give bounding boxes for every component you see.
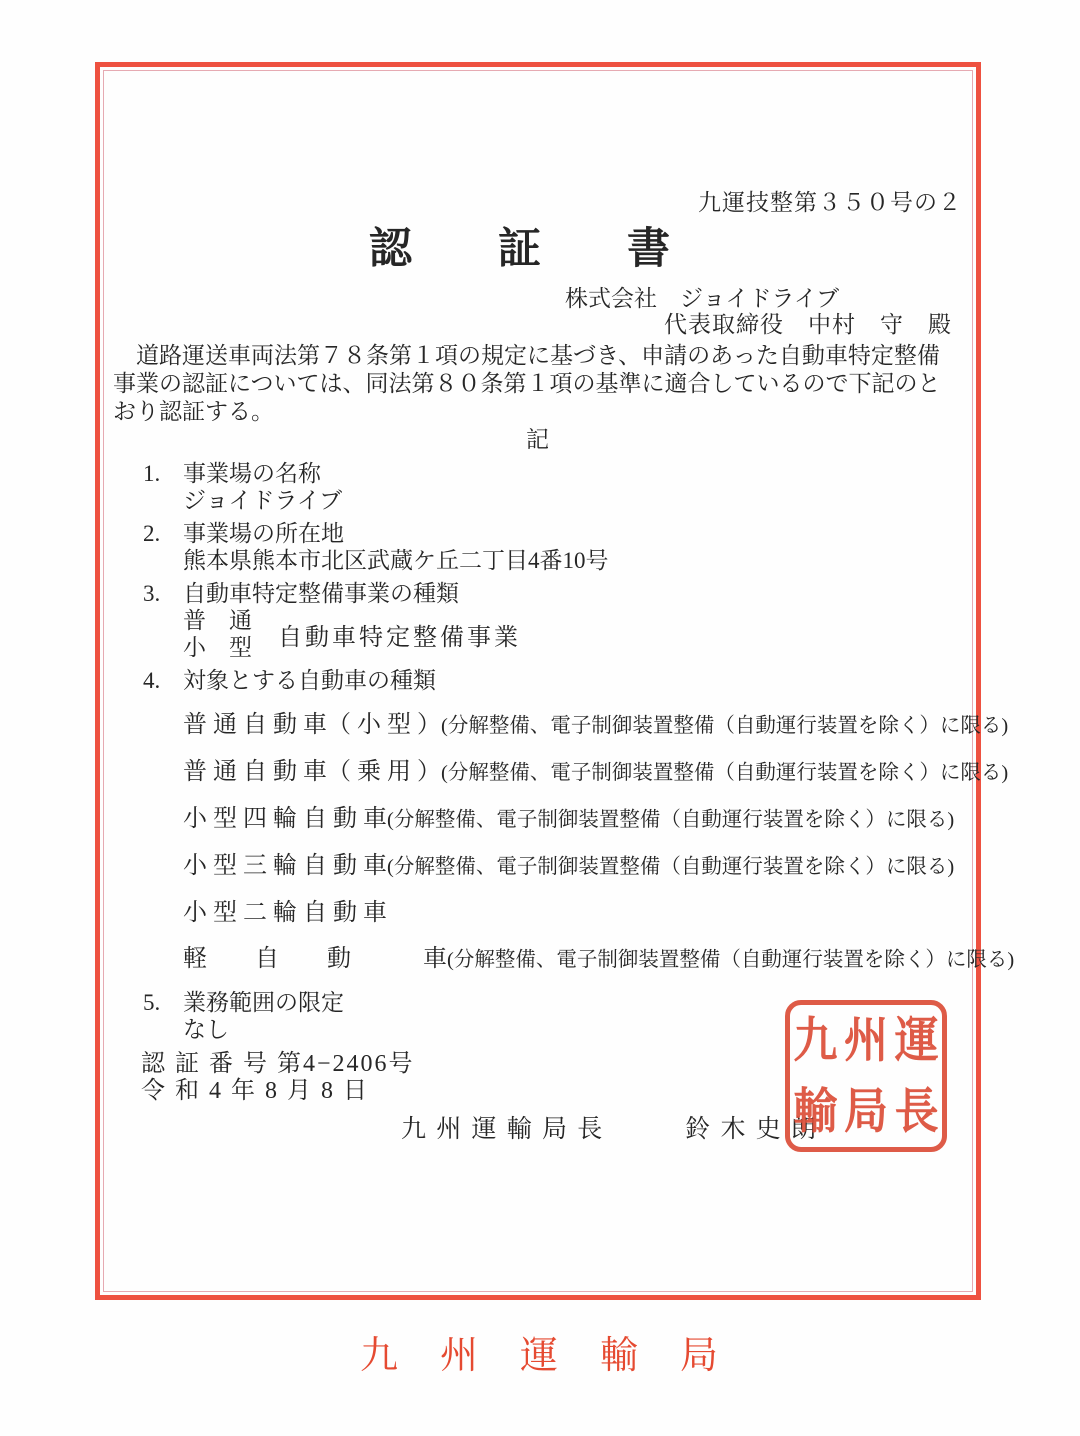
body-paragraph: 道路運送車両法第７８条第１項の規定に基づき、申請のあった自動車特定整備 事業の認… bbox=[113, 342, 962, 426]
body-line-3: おり認証する。 bbox=[113, 398, 962, 426]
body-line-1: 道路運送車両法第７８条第１項の規定に基づき、申請のあった自動車特定整備 bbox=[113, 342, 962, 370]
vehicle-name: 小 型 二 輪 自 動 車 bbox=[183, 898, 387, 928]
seal-char: 輸 bbox=[793, 1087, 837, 1135]
vehicle-note: (分解整備、電子制御装置整備（自動運行装置を除く）に限る) bbox=[441, 758, 1008, 788]
center-marker: 記 bbox=[113, 426, 962, 454]
seal-char: 運 bbox=[895, 1016, 939, 1064]
business-type-value: 自動車特定整備事業 bbox=[278, 617, 521, 652]
item-number: 4. bbox=[143, 667, 183, 694]
vehicle-row-1: 普 通 自 動 車（ 小 型 ） (分解整備、電子制御装置整備（自動運行装置を除… bbox=[113, 710, 962, 741]
footer-bureau-name: 九 州 運 輸 局 bbox=[0, 1334, 1080, 1378]
list-item-2: 2. 事業場の所在地 熊本県熊本市北区武蔵ケ丘二丁目4番10号 bbox=[113, 520, 962, 574]
vehicle-row-2: 普 通 自 動 車（ 乗 用 ） (分解整備、電子制御装置整備（自動運行装置を除… bbox=[113, 757, 962, 788]
certificate-content: 九運技整第３５０号の２ 認 証 書 株式会社 ジョイドライブ 代表取締役 中村 … bbox=[100, 67, 976, 1295]
seal-char: 長 bbox=[895, 1087, 939, 1135]
list-item-1: 1. 事業場の名称 ジョイドライブ bbox=[113, 460, 962, 514]
item-label: 業務範囲の限定 bbox=[183, 989, 344, 1016]
item-number: 2. bbox=[143, 520, 183, 547]
vehicle-name: 小 型 四 輪 自 動 車 bbox=[183, 804, 387, 834]
item-head: 1. 事業場の名称 bbox=[113, 460, 962, 487]
vehicle-row-3: 小 型 四 輪 自 動 車 (分解整備、電子制御装置整備（自動運行装置を除く）に… bbox=[113, 804, 962, 835]
seal-char: 九 bbox=[793, 1016, 837, 1064]
item-label: 事業場の名称 bbox=[183, 460, 321, 487]
list-item-4: 4. 対象とする自動車の種類 普 通 自 動 車（ 小 型 ） (分解整備、電子… bbox=[113, 667, 962, 975]
addressee-company: 株式会社 ジョイドライブ bbox=[113, 286, 962, 312]
body-line-2: 事業の認証については、同法第８０条第１項の基準に適合しているので下記のと bbox=[113, 370, 962, 398]
vehicle-name: 普 通 自 動 車（ 乗 用 ） bbox=[183, 757, 441, 787]
item-value: 熊本県熊本市北区武蔵ケ丘二丁目4番10号 bbox=[113, 547, 962, 574]
item-number: 3. bbox=[143, 580, 183, 607]
vehicle-row-4: 小 型 三 輪 自 動 車 (分解整備、電子制御装置整備（自動運行装置を除く）に… bbox=[113, 851, 962, 882]
seal-char: 局 bbox=[844, 1087, 888, 1135]
business-type-rows: 普 通 小 型 bbox=[183, 607, 252, 661]
vehicle-row-6: 軽 自 動 車 (分解整備、電子制御装置整備（自動運行装置を除く）に限る) bbox=[113, 944, 962, 975]
item-number: 5. bbox=[143, 989, 183, 1016]
vehicle-name: 普 通 自 動 車（ 小 型 ） bbox=[183, 710, 441, 740]
official-seal-stamp: 九 州 運 輸 局 長 bbox=[785, 1000, 947, 1152]
business-type-row-2: 小 型 bbox=[183, 634, 252, 661]
vehicle-note: (分解整備、電子制御装置整備（自動運行装置を除く）に限る) bbox=[387, 852, 954, 882]
certificate-title: 認 証 書 bbox=[113, 222, 962, 278]
certificate-page: 九運技整第３５０号の２ 認 証 書 株式会社 ジョイドライブ 代表取締役 中村 … bbox=[0, 0, 1080, 1436]
business-type-block: 普 通 小 型 自動車特定整備事業 bbox=[113, 607, 962, 661]
vehicle-name: 小 型 三 輪 自 動 車 bbox=[183, 851, 387, 881]
list-item-3: 3. 自動車特定整備事業の種類 普 通 小 型 自動車特定整備事業 bbox=[113, 580, 962, 661]
vehicle-note: (分解整備、電子制御装置整備（自動運行装置を除く）に限る) bbox=[447, 945, 1014, 975]
certificate-frame: 九運技整第３５０号の２ 認 証 書 株式会社 ジョイドライブ 代表取締役 中村 … bbox=[95, 62, 981, 1300]
business-type-row-1: 普 通 bbox=[183, 607, 252, 634]
vehicle-name: 軽 自 動 車 bbox=[183, 944, 447, 974]
item-value: ジョイドライブ bbox=[113, 487, 962, 514]
item-label: 事業場の所在地 bbox=[183, 520, 344, 547]
item-label: 自動車特定整備事業の種類 bbox=[183, 580, 459, 607]
addressee-representative: 代表取締役 中村 守 殿 bbox=[113, 312, 962, 338]
vehicle-row-5: 小 型 二 輪 自 動 車 bbox=[113, 898, 962, 928]
item-head: 2. 事業場の所在地 bbox=[113, 520, 962, 547]
vehicle-note: (分解整備、電子制御装置整備（自動運行装置を除く）に限る) bbox=[387, 805, 954, 835]
item-head: 3. 自動車特定整備事業の種類 bbox=[113, 580, 962, 607]
item-label: 対象とする自動車の種類 bbox=[183, 667, 436, 694]
item-number: 1. bbox=[143, 460, 183, 487]
doc-number: 九運技整第３５０号の２ bbox=[113, 189, 962, 217]
vehicle-note: (分解整備、電子制御装置整備（自動運行装置を除く）に限る) bbox=[441, 711, 1008, 741]
item-head: 4. 対象とする自動車の種類 bbox=[113, 667, 962, 694]
seal-char: 州 bbox=[844, 1016, 888, 1064]
